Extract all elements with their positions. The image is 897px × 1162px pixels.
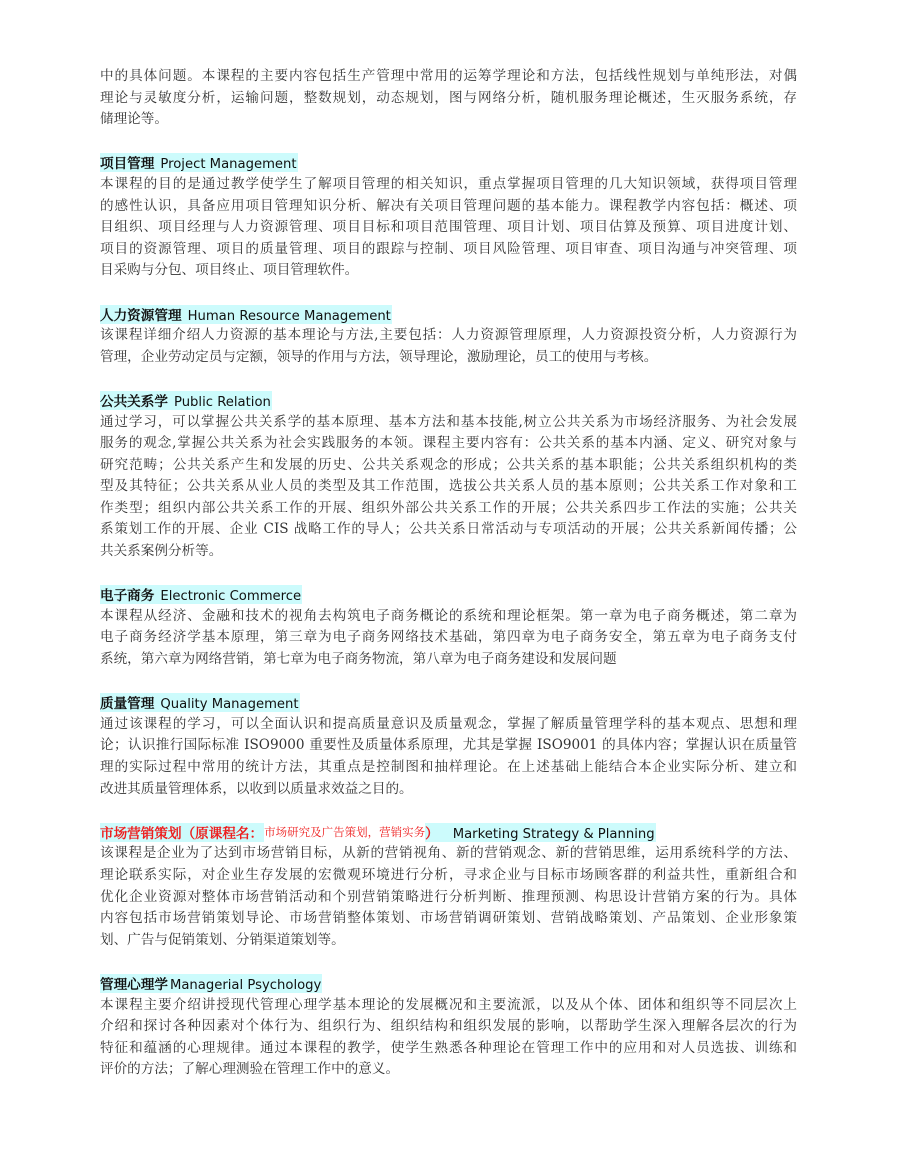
course-title-en: Marketing Strategy & Planning: [453, 827, 655, 842]
heading-highlight: 管理心理学Managerial Psychology: [100, 974, 322, 993]
text-line: 内容包括市场营销策划导论、市场营销整体策划、市场营销调研策划、营销战略策划、产品…: [100, 908, 797, 930]
text-line: 本课程主要介绍讲授现代管理心理学基本理论的发展概况和主要流派，以及从个体、团体和…: [100, 995, 797, 1017]
text-line: 目组织、项目经理与人力资源管理、项目目标和项目范围管理、项目计划、项目估算及预算…: [100, 217, 797, 239]
course-title-cn: 公共关系学: [100, 394, 168, 410]
text-line: 的感性认识，具备应用项目管理知识分析、解决有关项目管理问题的基本能力。课程教学内…: [100, 196, 797, 218]
course-public-relation: 公共关系学Public Relation 通过学习，可以掌握公共关系学的基本原理…: [100, 390, 797, 563]
text-line: 理论联系实际，对企业生存发展的宏微观环境进行分析，寻求企业与目标市场顾客群的利益…: [100, 865, 797, 887]
text-line: 该课程详细介绍人力资源的基本理论与方法,主要包括：人力资源管理原理，人力资源投资…: [100, 325, 797, 347]
original-name-label: （原课程名：: [182, 826, 264, 842]
text-line: 本课程从经济、金融和技术的视角去构筑电子商务概论的系统和理论框架。第一章为电子商…: [100, 606, 797, 628]
course-title-cn: 市场营销策划: [100, 826, 182, 842]
heading-highlight: 人力资源管理Human Resource Management: [100, 305, 392, 324]
intro-paragraph: 中的具体问题。本课程的主要内容包括生产管理中常用的运筹学理论和方法，包括线性规划…: [100, 66, 797, 131]
course-title-en: Quality Management: [160, 697, 298, 712]
text-line: 管理，企业劳动定员与定额，领导的作用与方法，领导理论，激励理论，员工的使用与考核…: [100, 347, 797, 369]
text-line: 服务的观念,掌握公共关系为社会实践服务的本领。课程主要内容有：公共关系的基本内涵…: [100, 433, 797, 455]
course-heading: 公共关系学Public Relation: [100, 390, 797, 412]
course-title-en: Electronic Commerce: [160, 589, 301, 604]
course-heading: 质量管理Quality Management: [100, 692, 797, 714]
course-heading: 项目管理Project Management: [100, 152, 797, 174]
course-title-cn: 电子商务: [100, 588, 154, 604]
course-managerial-psychology: 管理心理学Managerial Psychology 本课程主要介绍讲授现代管理…: [100, 973, 797, 1081]
course-heading: 市场营销策划（原课程名：市场研究及广告策划，营销实务）Marketing Str…: [100, 822, 797, 844]
heading-highlight: ）Marketing Strategy & Planning: [425, 823, 656, 842]
heading-highlight: 质量管理Quality Management: [100, 693, 300, 712]
original-course-name: 市场研究及广告策划，营销实务: [264, 823, 425, 842]
text-line: 通过学习，可以掌握公共关系学的基本原理、基本方法和基本技能,树立公共关系为市场经…: [100, 412, 797, 434]
text-line: 中的具体问题。本课程的主要内容包括生产管理中常用的运筹学理论和方法，包括线性规划…: [100, 66, 797, 88]
course-title-en: Project Management: [160, 157, 296, 172]
course-title-en: Managerial Psychology: [170, 978, 321, 993]
text-line: 型及其特征；公共关系从业人员的类型及其工作范围，选拔公共关系人员的基本原则；公共…: [100, 476, 797, 498]
text-line: 项目的资源管理、项目的质量管理、项目的跟踪与控制、项目风险管理、项目审查、项目沟…: [100, 239, 797, 261]
text-line: 本课程的目的是通过教学使学生了解项目管理的相关知识，重点掌握项目管理的几大知识领…: [100, 174, 797, 196]
course-project-management: 项目管理Project Management 本课程的目的是通过教学使学生了解项…: [100, 152, 797, 282]
text-line: 研究范畴；公共关系产生和发展的历史、公共关系观念的形成；公共关系的基本职能；公共…: [100, 455, 797, 477]
heading-highlight: 项目管理Project Management: [100, 153, 298, 172]
original-name-close: ）: [425, 826, 439, 842]
text-line: 优化企业资源对整体市场营销活动和个别营销策略进行分析判断、推理预测、构思设计营销…: [100, 887, 797, 909]
text-line: 评价的方法；了解心理测验在管理工作中的意义。: [100, 1059, 797, 1081]
course-quality-management: 质量管理Quality Management 通过该课程的学习，可以全面认识和提…: [100, 692, 797, 800]
text-line: 通过该课程的学习，可以全面认识和提高质量意识及质量观念，掌握了解质量管理学科的基…: [100, 714, 797, 736]
course-title-en: Public Relation: [174, 395, 271, 410]
heading-highlight: 市场营销策划（原课程名：: [100, 823, 264, 842]
text-line: 介绍和探讨各种因素对个体行为、组织行为、组织结构和组织发展的影响，以帮助学生深入…: [100, 1016, 797, 1038]
text-line: 划、广告与促销策划、分销渠道策划等。: [100, 930, 797, 952]
text-line: 储理论等。: [100, 109, 797, 131]
heading-highlight: 公共关系学Public Relation: [100, 391, 272, 410]
text-line: 论；认识推行国际标准 ISO9000 重要性及质量体系原理，尤其是掌握 ISO9…: [100, 735, 797, 757]
heading-highlight: 电子商务Electronic Commerce: [100, 585, 302, 604]
text-line: 作类型；组织内部公共关系工作的开展、组织外部公共关系工作的开展；公共关系四步工作…: [100, 498, 797, 520]
text-line: 理的实际过程中常用的统计方法，其重点是控制图和抽样理论。在上述基础上能结合本企业…: [100, 757, 797, 779]
course-title-cn: 管理心理学: [100, 977, 168, 993]
text-line: 理论与灵敏度分析，运输问题，整数规划，动态规划，图与网络分析，随机服务理论概述，…: [100, 88, 797, 110]
course-electronic-commerce: 电子商务Electronic Commerce 本课程从经济、金融和技术的视角去…: [100, 584, 797, 670]
text-line: 电子商务经济学基本原理，第三章为电子商务网络技术基础，第四章为电子商务安全，第五…: [100, 627, 797, 649]
course-title-cn: 项目管理: [100, 156, 154, 172]
course-title-cn: 人力资源管理: [100, 308, 182, 324]
text-line: 该课程是企业为了达到市场营销目标，从新的营销视角、新的营销观念、新的营销思维，运…: [100, 843, 797, 865]
text-line: 系统，第六章为网络营销，第七章为电子商务物流，第八章为电子商务建设和发展问题: [100, 649, 797, 671]
course-human-resource-management: 人力资源管理Human Resource Management 该课程详细介绍人…: [100, 304, 797, 369]
text-line: 改进其质量管理体系，以收到以质量求效益之目的。: [100, 779, 797, 801]
text-line: 系策划工作的开展、企业 CIS 战略工作的导人；公共关系日常活动与专项活动的开展…: [100, 519, 797, 541]
course-title-en: Human Resource Management: [188, 309, 391, 324]
course-heading: 管理心理学Managerial Psychology: [100, 973, 797, 995]
course-title-cn: 质量管理: [100, 696, 154, 712]
text-line: 特征和蕴涵的心理规律。通过本课程的教学，使学生熟悉各种理论在管理工作中的应用和对…: [100, 1038, 797, 1060]
course-heading: 人力资源管理Human Resource Management: [100, 304, 797, 326]
text-line: 目采购与分包、项目终止、项目管理软件。: [100, 260, 797, 282]
course-heading: 电子商务Electronic Commerce: [100, 584, 797, 606]
course-marketing-strategy-planning: 市场营销策划（原课程名：市场研究及广告策划，营销实务）Marketing Str…: [100, 822, 797, 952]
document-page: 中的具体问题。本课程的主要内容包括生产管理中常用的运筹学理论和方法，包括线性规划…: [100, 66, 797, 1081]
text-line: 共关系案例分析等。: [100, 541, 797, 563]
